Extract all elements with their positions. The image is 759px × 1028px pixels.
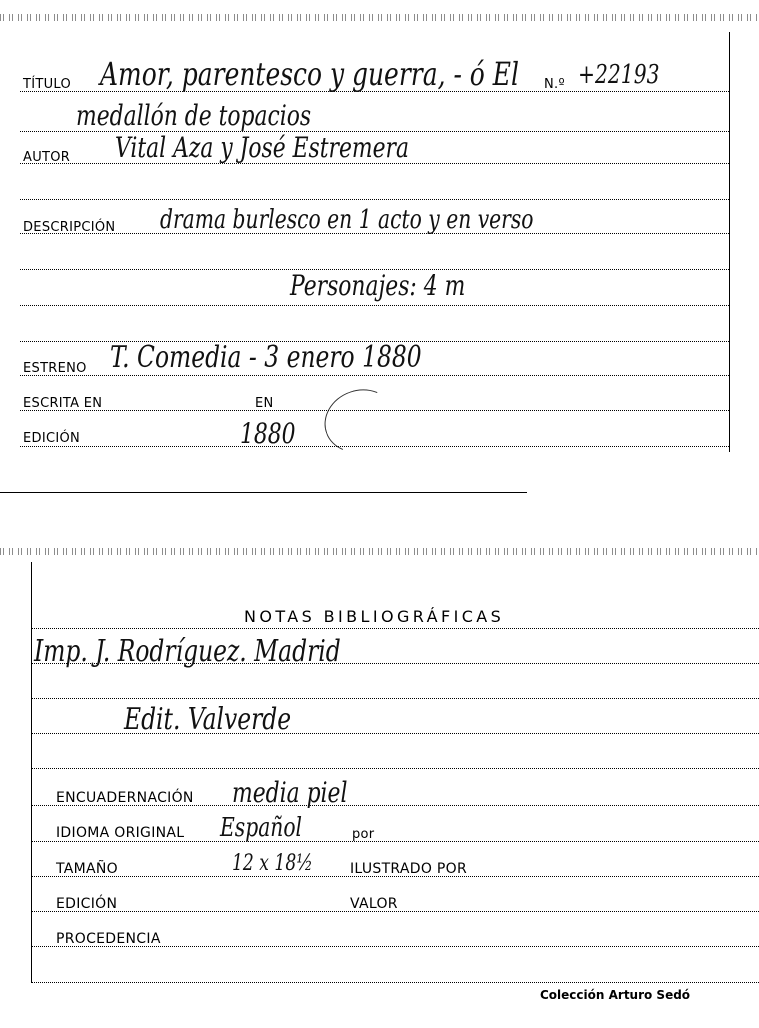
value-titulo-line2: medallón de topacios	[76, 102, 311, 130]
value-numero: +22193	[578, 62, 660, 88]
label-por: por	[352, 828, 374, 841]
value-edicion: 1880	[240, 420, 296, 448]
scan-edge-noise-mid	[0, 548, 759, 555]
label-tamano: TAMAÑO	[56, 862, 118, 876]
rule-estreno	[20, 375, 729, 376]
rule-notes-top	[31, 628, 759, 629]
rule-idioma	[31, 841, 759, 842]
label-encuadernacion: ENCUADERNACIÓN	[56, 791, 194, 805]
label-numero: N.º	[544, 78, 565, 91]
card-bottom-left-border	[31, 562, 32, 982]
scan-edge-noise-top	[0, 14, 759, 21]
label-escrita-en: ESCRITA EN	[23, 397, 102, 410]
value-descripcion-line2: Personajes: 4 m	[290, 272, 465, 300]
collection-footer: Colección Arturo Sedó	[540, 988, 690, 1002]
label-valor: VALOR	[350, 897, 398, 911]
label-ilustrado-por: ILUSTRADO POR	[350, 862, 467, 876]
label-descripcion: DESCRIPCIÓN	[23, 221, 115, 234]
label-estreno: ESTRENO	[23, 362, 87, 375]
value-descripcion-line1: drama burlesco en 1 acto y en verso	[160, 207, 533, 233]
label-titulo: TÍTULO	[23, 78, 71, 91]
note-editorial: Edit. Valverde	[124, 705, 291, 735]
value-titulo-line1: Amor, parentesco y guerra, - ó El	[100, 58, 519, 90]
value-tamano: 12 x 18½	[232, 853, 313, 875]
value-encuadernacion: media piel	[232, 779, 347, 807]
rule-personajes	[20, 305, 729, 306]
rule-note-4	[31, 768, 759, 769]
label-en: EN	[255, 397, 274, 410]
label-edicion-bottom: EDICIÓN	[56, 897, 117, 911]
heading-notas-bibliograficas: NOTAS BIBLIOGRÁFICAS	[244, 607, 504, 626]
label-idioma-original: IDIOMA ORIGINAL	[56, 826, 184, 840]
note-imprenta: Imp. J. Rodríguez. Madrid	[34, 637, 341, 667]
label-edicion: EDICIÓN	[23, 432, 80, 445]
rule-blank-1	[20, 199, 729, 200]
value-autor: Vital Aza y José Estremera	[115, 134, 409, 162]
value-idioma-original: Español	[220, 815, 302, 841]
card-top-bottom-edge	[0, 492, 527, 493]
value-estreno: T. Comedia - 3 enero 1880	[110, 343, 422, 373]
rule-last	[31, 982, 759, 983]
label-procedencia: PROCEDENCIA	[56, 932, 161, 946]
rule-note-2	[31, 698, 759, 699]
label-autor: AUTOR	[23, 151, 70, 164]
faint-stamp-mark	[316, 380, 405, 463]
card-top-right-border	[729, 32, 730, 452]
